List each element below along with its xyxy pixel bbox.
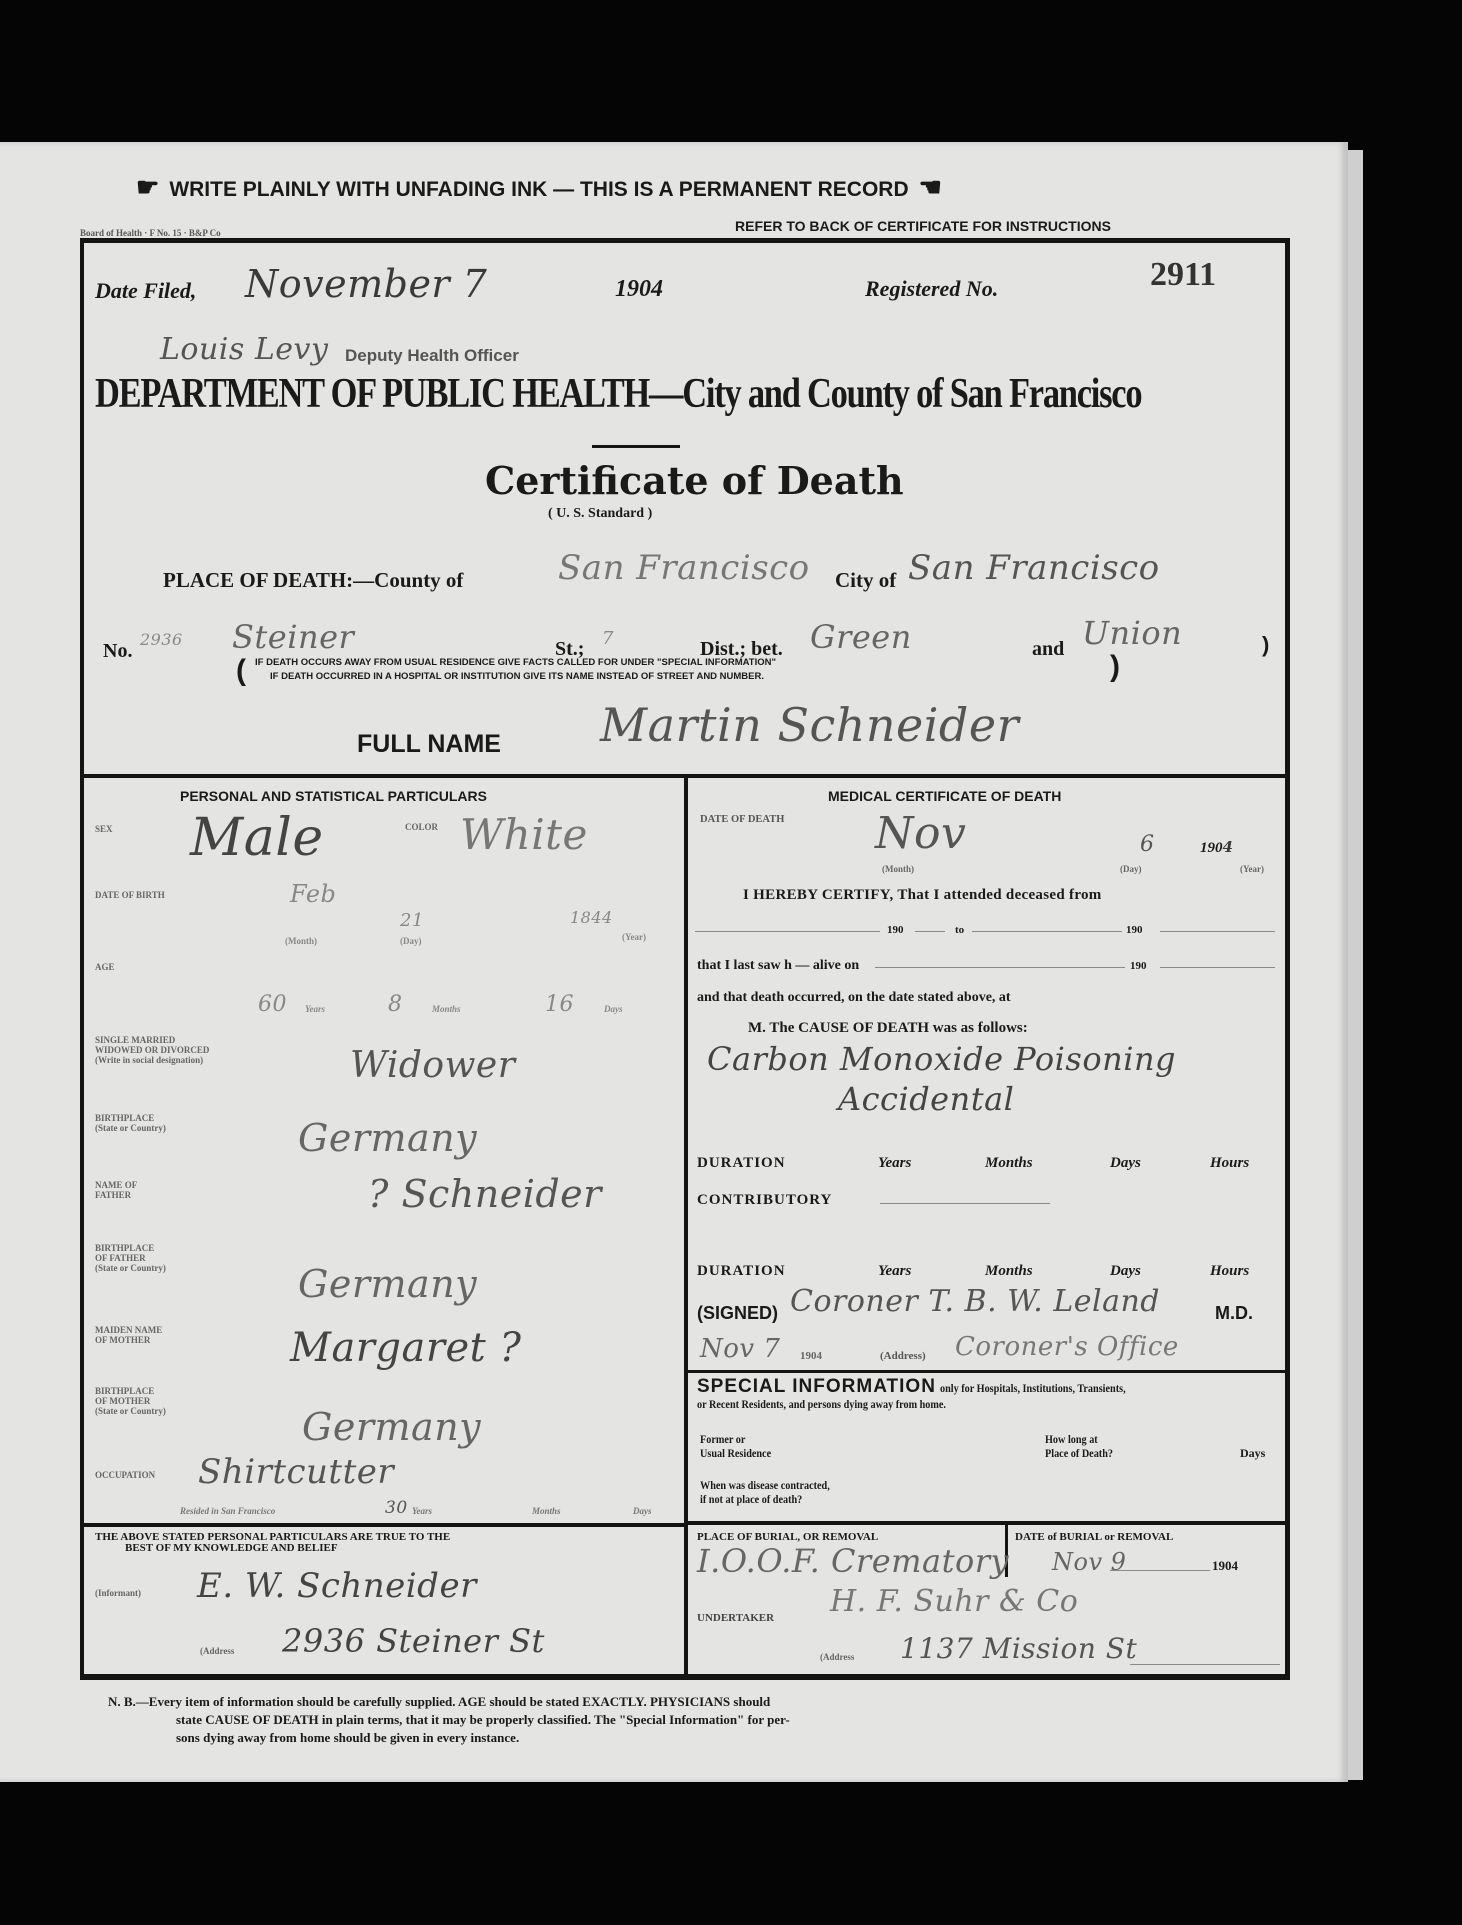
street-suffix-value: 7 — [602, 628, 614, 649]
date-filed-value: November 7 — [245, 262, 487, 306]
date-of-death-label: DATE OF DEATH — [700, 815, 784, 825]
physician-address-label: (Address) — [880, 1350, 926, 1362]
attended-to-year: 190 — [1126, 924, 1143, 936]
resided-months-caption: Months — [532, 1506, 561, 1516]
duration-years: Years — [878, 1155, 911, 1172]
filed-year: 1904 — [615, 276, 663, 303]
officer-signature: Louis Levy — [160, 332, 328, 367]
dob-day: 21 — [400, 910, 424, 931]
attended-to-line — [972, 931, 1122, 932]
between-street-2: Union — [1082, 614, 1182, 652]
mother-name-label: MAIDEN NAMEOF MOTHER — [95, 1325, 162, 1345]
cause-of-death-line1: Carbon Monoxide Poisoning — [707, 1040, 1176, 1078]
pointing-hand-icon: ☚ — [919, 172, 942, 202]
cause-label: M. The CAUSE OF DEATH was as follows: — [748, 1020, 1028, 1037]
marital-value: Widower — [350, 1045, 515, 1086]
birthplace-value: Germany — [298, 1116, 477, 1160]
occupation-value: Shirtcutter — [198, 1452, 394, 1492]
form-border-right — [1285, 238, 1290, 1678]
dod-year-caption: (Year) — [1240, 864, 1264, 874]
column-divider — [684, 778, 688, 1674]
medical-heading: MEDICAL CERTIFICATE OF DEATH — [828, 788, 1061, 804]
father-name-label: NAME OFFATHER — [95, 1180, 137, 1200]
full-name-value: Martin Schneider — [600, 698, 1019, 752]
dash-line — [1160, 931, 1275, 932]
contributory-line — [880, 1203, 1050, 1204]
resided-years-caption: Years — [412, 1506, 432, 1516]
duration-hours-2: Hours — [1210, 1263, 1249, 1280]
certify-statement: I HEREBY CERTIFY, That I attended deceas… — [743, 887, 1102, 904]
city-value: San Francisco — [908, 548, 1160, 588]
attended-from-year: 190 — [887, 924, 904, 936]
full-name-label: FULL NAME — [357, 730, 501, 759]
dob-label: DATE OF BIRTH — [95, 890, 165, 900]
father-birthplace-value: Germany — [298, 1262, 477, 1306]
residence-note-line1: IF DEATH OCCURS AWAY FROM USUAL RESIDENC… — [255, 658, 776, 668]
former-residence-label: Former orUsual Residence — [700, 1432, 771, 1460]
attended-from-line — [695, 931, 880, 932]
death-occurred-statement: and that death occurred, on the date sta… — [697, 990, 1011, 1006]
between-street-1: Green — [810, 618, 912, 656]
form-border-bottom — [80, 1674, 1290, 1680]
physician-address: Coroner's Office — [955, 1332, 1179, 1362]
instructions-note: REFER TO BACK OF CERTIFICATE FOR INSTRUC… — [735, 218, 1111, 234]
personal-heading: PERSONAL AND STATISTICAL PARTICULARS — [180, 788, 487, 804]
mother-birthplace-value: Germany — [302, 1405, 481, 1449]
birthplace-label: BIRTHPLACE(State or Country) — [95, 1113, 166, 1133]
resided-years: 30 — [385, 1498, 408, 1518]
header-warning: ☛WRITE PLAINLY WITH UNFADING INK — THIS … — [136, 172, 942, 203]
color-value: White — [460, 810, 588, 859]
age-months-caption: Months — [432, 1004, 461, 1014]
street-number-label: No. — [103, 640, 132, 663]
sex-label: SEX — [95, 824, 113, 834]
burial-date-line — [1110, 1570, 1210, 1571]
mother-birthplace-label: BIRTHPLACEOF MOTHER(State or Country) — [95, 1386, 166, 1416]
signed-label: (SIGNED) — [697, 1303, 778, 1324]
date-of-death-month: Nov — [875, 808, 966, 859]
mother-name-value: Margaret ? — [290, 1325, 521, 1371]
residence-note-line2: IF DEATH OCCURRED IN A HOSPITAL OR INSTI… — [270, 672, 764, 682]
duration-days-2: Days — [1110, 1263, 1141, 1280]
duration-months: Months — [985, 1155, 1033, 1172]
duration-hours: Hours — [1210, 1155, 1249, 1172]
disease-contracted-label: When was disease contracted,if not at pl… — [700, 1478, 830, 1506]
burial-divider — [688, 1521, 1285, 1525]
age-days-caption: Days — [604, 1004, 623, 1014]
informant-statement: THE ABOVE STATED PERSONAL PARTICULARS AR… — [95, 1532, 450, 1554]
address-line — [1130, 1664, 1280, 1665]
standard-subtitle: ( U. S. Standard ) — [548, 506, 652, 522]
burial-place-label: PLACE OF BURIAL, OR REMOVAL — [697, 1532, 878, 1542]
resided-label: Resided in San Francisco — [180, 1506, 275, 1516]
special-info-divider — [688, 1370, 1285, 1373]
dash-line — [1160, 967, 1275, 968]
resided-days-caption: Days — [633, 1506, 652, 1516]
paren-open-icon: ( — [236, 654, 246, 688]
cause-of-death-line2: Accidental — [838, 1080, 1014, 1118]
last-saw-label: that I last saw h — alive on — [697, 958, 859, 974]
dob-year-caption: (Year) — [622, 932, 646, 942]
burial-place-value: I.O.O.F. Crematory — [697, 1542, 1009, 1580]
duration-label-2: DURATION — [697, 1263, 786, 1280]
how-long-days: Days — [1240, 1446, 1265, 1461]
age-years: 60 — [258, 992, 287, 1017]
father-birthplace-label: BIRTHPLACEOF FATHER(State or Country) — [95, 1243, 166, 1273]
father-name-value: ? Schneider — [368, 1172, 602, 1216]
street-number: 2936 — [140, 630, 183, 649]
city-label: City of — [835, 568, 896, 593]
last-saw-year: 190 — [1130, 960, 1147, 972]
form-reference: Board of Health · F No. 15 · B&P Co — [80, 228, 221, 238]
how-long-label: How long atPlace of Death? — [1045, 1432, 1113, 1460]
signed-year: 1904 — [800, 1350, 822, 1362]
dod-month-caption: (Month) — [882, 864, 914, 874]
age-days: 16 — [545, 992, 574, 1017]
dob-year: 1844 — [570, 908, 613, 927]
county-value: San Francisco — [558, 548, 810, 588]
special-info-subheading: or Recent Residents, and persons dying a… — [697, 1397, 946, 1412]
age-years-caption: Years — [305, 1004, 325, 1014]
burial-date-value: Nov 9 — [1052, 1548, 1126, 1576]
informant-address-label: (Address — [200, 1646, 234, 1656]
signed-date: Nov 7 — [700, 1334, 780, 1364]
undertaker-address: 1137 Mission St — [900, 1632, 1137, 1665]
duration-months-2: Months — [985, 1263, 1033, 1280]
street-name: Steiner — [232, 618, 354, 656]
closing-paren: ) — [1262, 632, 1269, 658]
form-border-left — [80, 238, 84, 1678]
department-title: DEPARTMENT OF PUBLIC HEALTH—City and Cou… — [95, 370, 1284, 418]
age-label: AGE — [95, 962, 115, 972]
age-months: 8 — [388, 992, 403, 1017]
marital-label: SINGLE MARRIEDWIDOWED OR DIVORCED(Write … — [95, 1035, 209, 1065]
and-label: and — [1032, 638, 1064, 661]
paren-close-icon: ) — [1110, 650, 1120, 684]
dod-day-caption: (Day) — [1120, 864, 1142, 874]
registered-number: 2911 — [1150, 256, 1216, 294]
undertaker-address-label: (Address — [820, 1652, 854, 1662]
dash-line — [915, 931, 945, 932]
officer-title: Deputy Health Officer — [345, 346, 519, 366]
dob-month: Feb — [290, 880, 336, 908]
burial-date-label: DATE of BURIAL or REMOVAL — [1015, 1532, 1173, 1542]
duration-years-2: Years — [878, 1263, 911, 1280]
duration-label: DURATION — [697, 1155, 786, 1172]
certificate-title: Certificate of Death — [485, 458, 904, 503]
burial-year: 1904 — [1212, 1558, 1238, 1574]
undertaker-label: UNDERTAKER — [697, 1613, 774, 1623]
duration-days: Days — [1110, 1155, 1141, 1172]
sex-value: Male — [190, 808, 324, 868]
md-label: M.D. — [1215, 1303, 1253, 1324]
special-info-heading: SPECIAL INFORMATION only for Hospitals, … — [697, 1376, 1159, 1398]
informant-label: (Informant) — [95, 1588, 141, 1598]
to-label: to — [955, 924, 964, 936]
occupation-label: OCCUPATION — [95, 1470, 155, 1480]
physician-signature: Coroner T. B. W. Leland — [790, 1284, 1160, 1319]
pointing-hand-icon: ☛ — [136, 172, 159, 202]
alive-on-line — [875, 967, 1125, 968]
registered-label: Registered No. — [865, 276, 998, 302]
color-label: COLOR — [405, 822, 438, 832]
informant-address: 2936 Steiner St — [282, 1622, 545, 1660]
informant-divider — [84, 1523, 684, 1527]
form-border-top — [80, 238, 1290, 243]
date-of-death-year: 1904 — [1200, 838, 1233, 857]
dob-day-caption: (Day) — [400, 936, 422, 946]
dob-month-caption: (Month) — [285, 936, 317, 946]
undertaker-value: H. F. Suhr & Co — [830, 1584, 1078, 1619]
contributory-label: CONTRIBUTORY — [697, 1192, 832, 1209]
date-of-death-day: 6 — [1140, 832, 1155, 857]
title-rule — [592, 445, 680, 448]
informant-name: E. W. Schneider — [197, 1566, 477, 1606]
footer-note: N. B.—Every item of information should b… — [108, 1693, 790, 1747]
place-of-death-label: PLACE OF DEATH:—County of — [163, 568, 463, 593]
date-filed-label: Date Filed, — [95, 278, 196, 304]
